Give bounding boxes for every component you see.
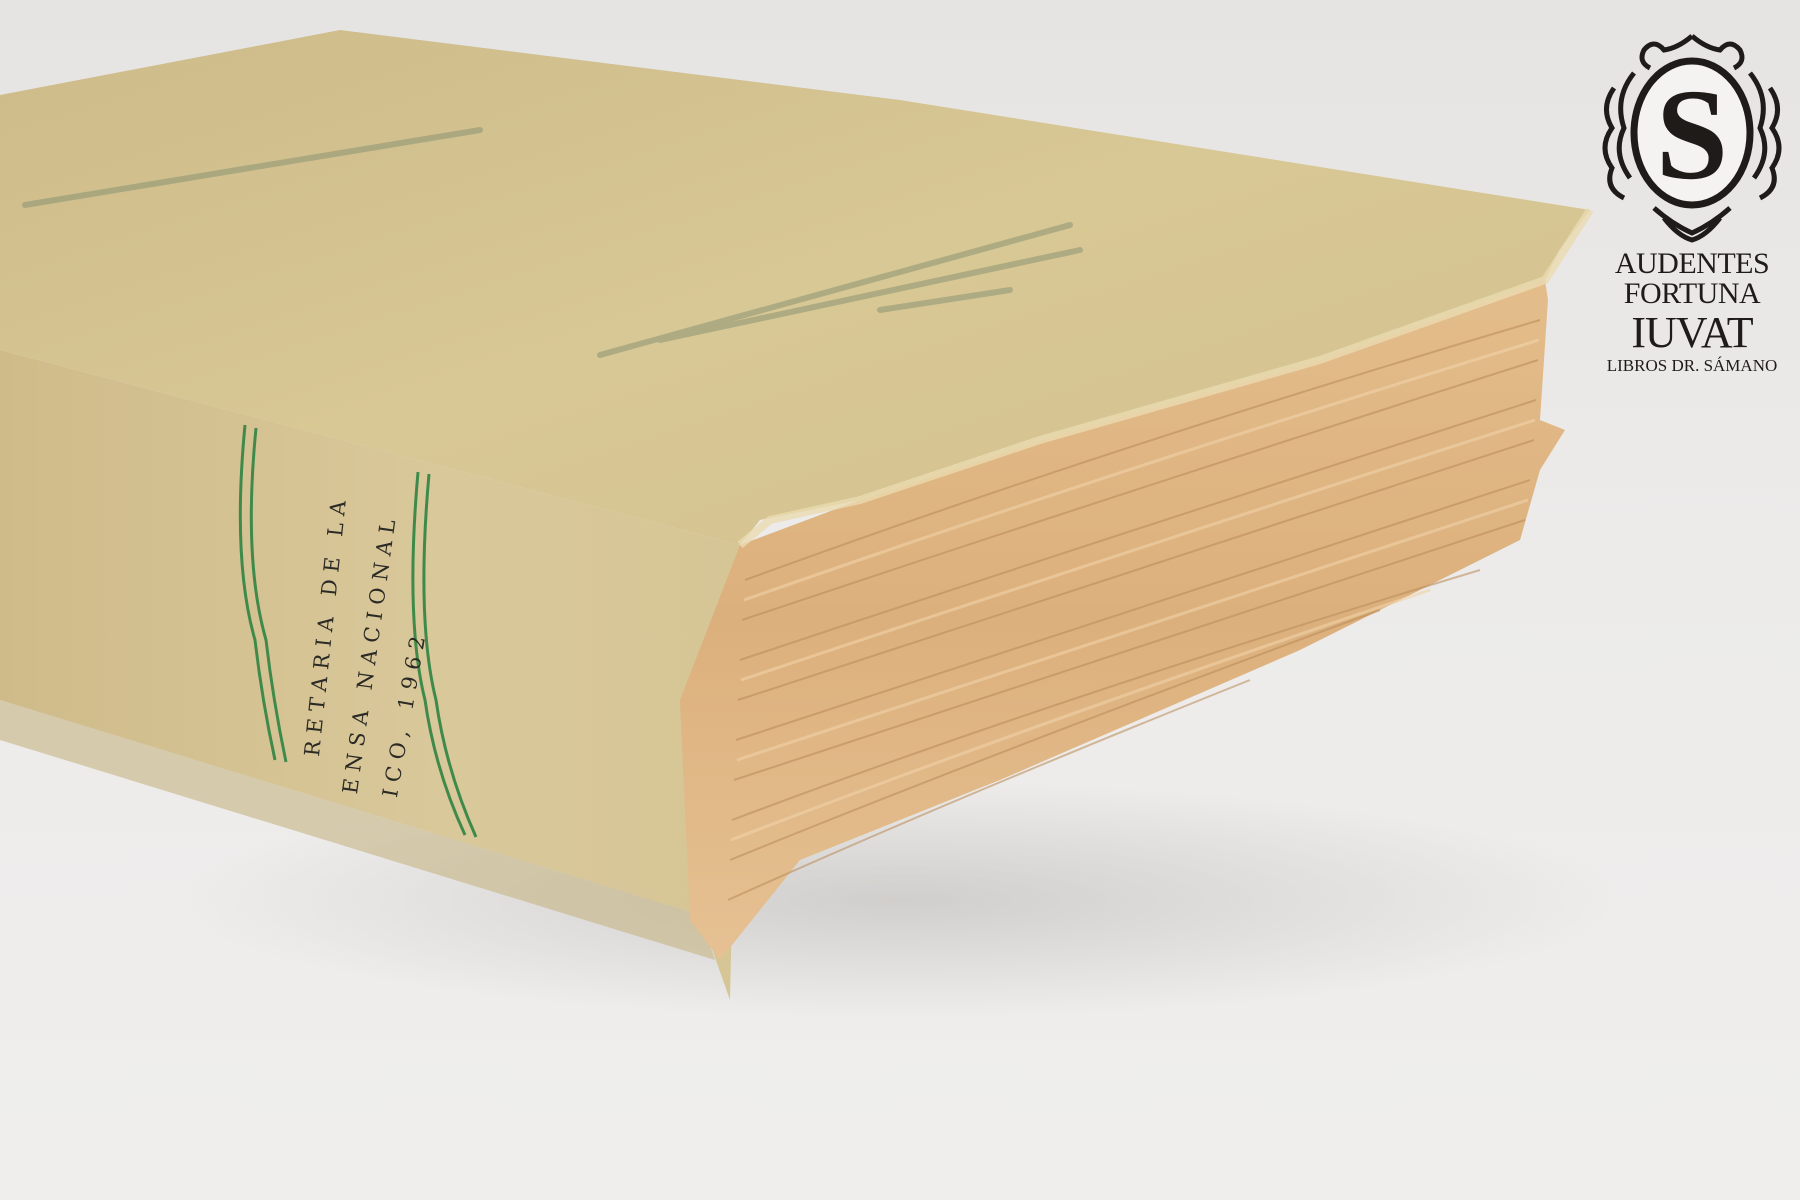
motto-line-3: IUVAT xyxy=(1594,311,1790,355)
svg-text:S: S xyxy=(1656,63,1728,207)
brand-name: LIBROS DR. SÁMANO xyxy=(1594,357,1790,374)
bookseller-watermark-logo: S AUDENTES FORTUNA IUVAT LIBROS DR. SÁMA… xyxy=(1594,28,1790,363)
book-illustration xyxy=(0,0,1800,1200)
motto-line-1: AUDENTES xyxy=(1594,249,1790,279)
product-photo: RETARIA DE LA ENSA NACIONAL ICO, 1962 S xyxy=(0,0,1800,1200)
motto-line-2: FORTUNA xyxy=(1594,279,1790,309)
ornamental-s-emblem-icon: S xyxy=(1594,28,1790,243)
